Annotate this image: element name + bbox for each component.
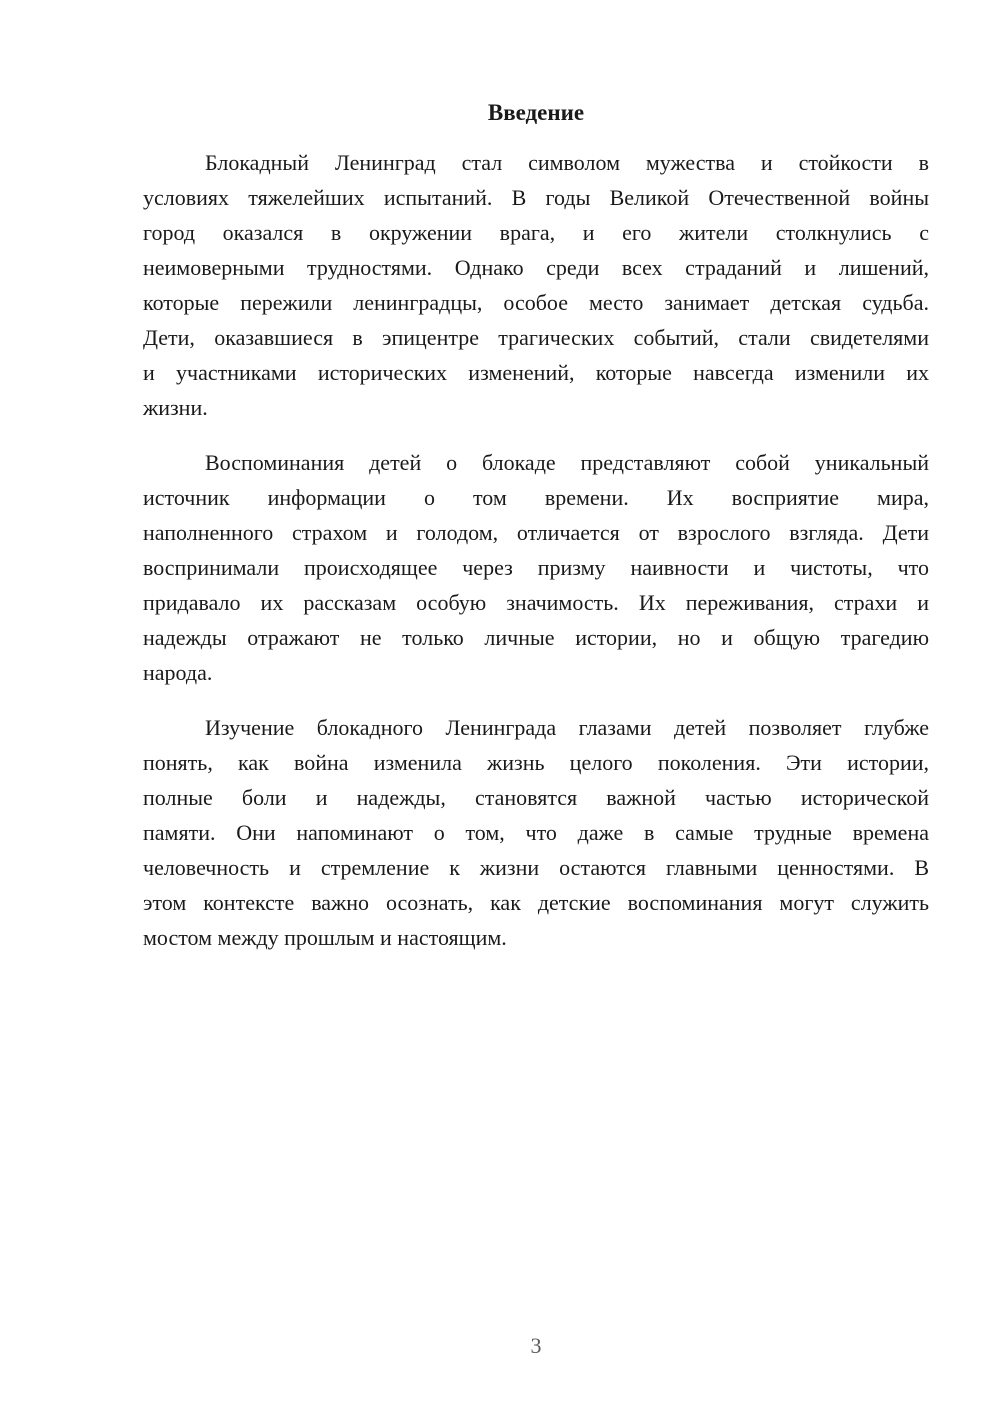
page-body: Блокадный Ленинград стал символом мужест…: [143, 145, 929, 955]
document-page: Введение Блокадный Ленинград стал символ…: [0, 0, 1000, 1414]
paragraph: Воспоминания детей о блокаде представляю…: [143, 445, 929, 690]
text-line: придавало их рассказам особую значимость…: [143, 585, 929, 620]
text-line: памяти. Они напоминают о том, что даже в…: [143, 815, 929, 850]
text-line: Изучение блокадного Ленинграда глазами д…: [143, 710, 929, 745]
text-line: жизни.: [143, 390, 929, 425]
text-line: условиях тяжелейших испытаний. В годы Ве…: [143, 180, 929, 215]
text-line: которые пережили ленинградцы, особое мес…: [143, 285, 929, 320]
text-line: этом контексте важно осознать, как детск…: [143, 885, 929, 920]
paragraph: Изучение блокадного Ленинграда глазами д…: [143, 710, 929, 955]
text-line: мостом между прошлым и настоящим.: [143, 920, 929, 955]
text-line: надежды отражают не только личные истори…: [143, 620, 929, 655]
text-line: полные боли и надежды, становятся важной…: [143, 780, 929, 815]
text-line: город оказался в окружении врага, и его …: [143, 215, 929, 250]
text-line: Блокадный Ленинград стал символом мужест…: [143, 145, 929, 180]
text-line: человечность и стремление к жизни остают…: [143, 850, 929, 885]
text-line: Воспоминания детей о блокаде представляю…: [143, 445, 929, 480]
text-line: понять, как война изменила жизнь целого …: [143, 745, 929, 780]
page-number: 3: [143, 1328, 929, 1363]
text-line: и участниками исторических изменений, ко…: [143, 355, 929, 390]
paragraph: Блокадный Ленинград стал символом мужест…: [143, 145, 929, 425]
text-line: воспринимали происходящее через призму н…: [143, 550, 929, 585]
text-line: Дети, оказавшиеся в эпицентре трагически…: [143, 320, 929, 355]
text-line: источник информации о том времени. Их во…: [143, 480, 929, 515]
text-line: неимоверными трудностями. Однако среди в…: [143, 250, 929, 285]
text-line: народа.: [143, 655, 929, 690]
text-line: наполненного страхом и голодом, отличает…: [143, 515, 929, 550]
page-title: Введение: [143, 95, 929, 130]
